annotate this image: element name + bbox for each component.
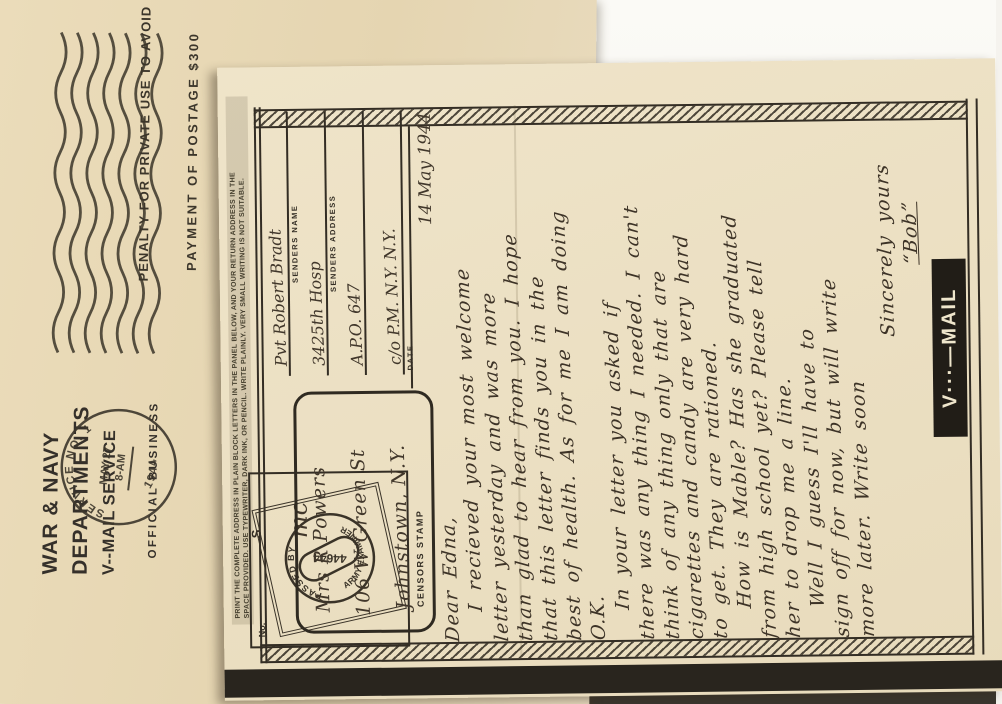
letter-body: Dear Edna, I recieved your most welcome … bbox=[436, 114, 930, 642]
sender-address-row1: 3425th Hosp bbox=[300, 111, 329, 375]
recipient-city: Johnstown, N.Y. bbox=[387, 444, 415, 610]
cancellation-wavy-lines bbox=[50, 30, 179, 355]
postmark-time: 8-AM bbox=[113, 453, 128, 481]
letter-signature: “Bob” bbox=[895, 113, 925, 265]
recipient-street: 106 W Green St bbox=[347, 448, 375, 616]
scanned-vmail-letter-and-envelope: PENALTY FOR PRIVATE USE TO AVOID PAYMENT… bbox=[0, 0, 1002, 704]
photo-print-black-edge bbox=[225, 660, 1002, 698]
postmark-stamp: SERVICE NO. 1 MAY 27 8-AM 1944 bbox=[50, 398, 187, 535]
penalty-clause-line2: PAYMENT OF POSTAGE $300 bbox=[184, 32, 202, 271]
sender-name-row: Pvt Robert Bradt bbox=[262, 112, 291, 376]
vmail-rotated-content: PRINT THE COMPLETE ADDRESS IN PLAIN BLOC… bbox=[217, 58, 1002, 700]
sender-block: Pvt Robert Bradt SENDERS NAME 3425th Hos… bbox=[262, 110, 417, 376]
sender-address-row2: A.P.O. 647 bbox=[338, 111, 367, 375]
svg-text:1944: 1944 bbox=[142, 455, 162, 491]
form-border-bottom-rule bbox=[976, 98, 985, 654]
sender-name-handwritten: Pvt Robert Bradt bbox=[265, 229, 290, 367]
recipient-name: Mrs R Powers bbox=[307, 466, 335, 613]
sender-address-row3: c/o P.M. N.Y. N.Y. bbox=[376, 111, 405, 375]
postmark-date: MAY 27 bbox=[98, 446, 114, 486]
postmark-year: 1944 bbox=[142, 455, 162, 491]
vmail-letter-sheet: PRINT THE COMPLETE ADDRESS IN PLAIN BLOC… bbox=[217, 58, 1002, 700]
sender-postmaster-handwritten: c/o P.M. N.Y. N.Y. bbox=[379, 228, 404, 365]
sender-unit-handwritten: 3425th Hosp bbox=[305, 261, 329, 366]
censor-no-label: No. bbox=[257, 623, 267, 638]
sender-apo-handwritten: A.P.O. 647 bbox=[344, 283, 367, 366]
vmail-logo: V···—MAIL bbox=[932, 259, 968, 437]
recipient-address-panel: Mrs R Powers 106 W Green St Johnstown, N… bbox=[293, 390, 436, 634]
